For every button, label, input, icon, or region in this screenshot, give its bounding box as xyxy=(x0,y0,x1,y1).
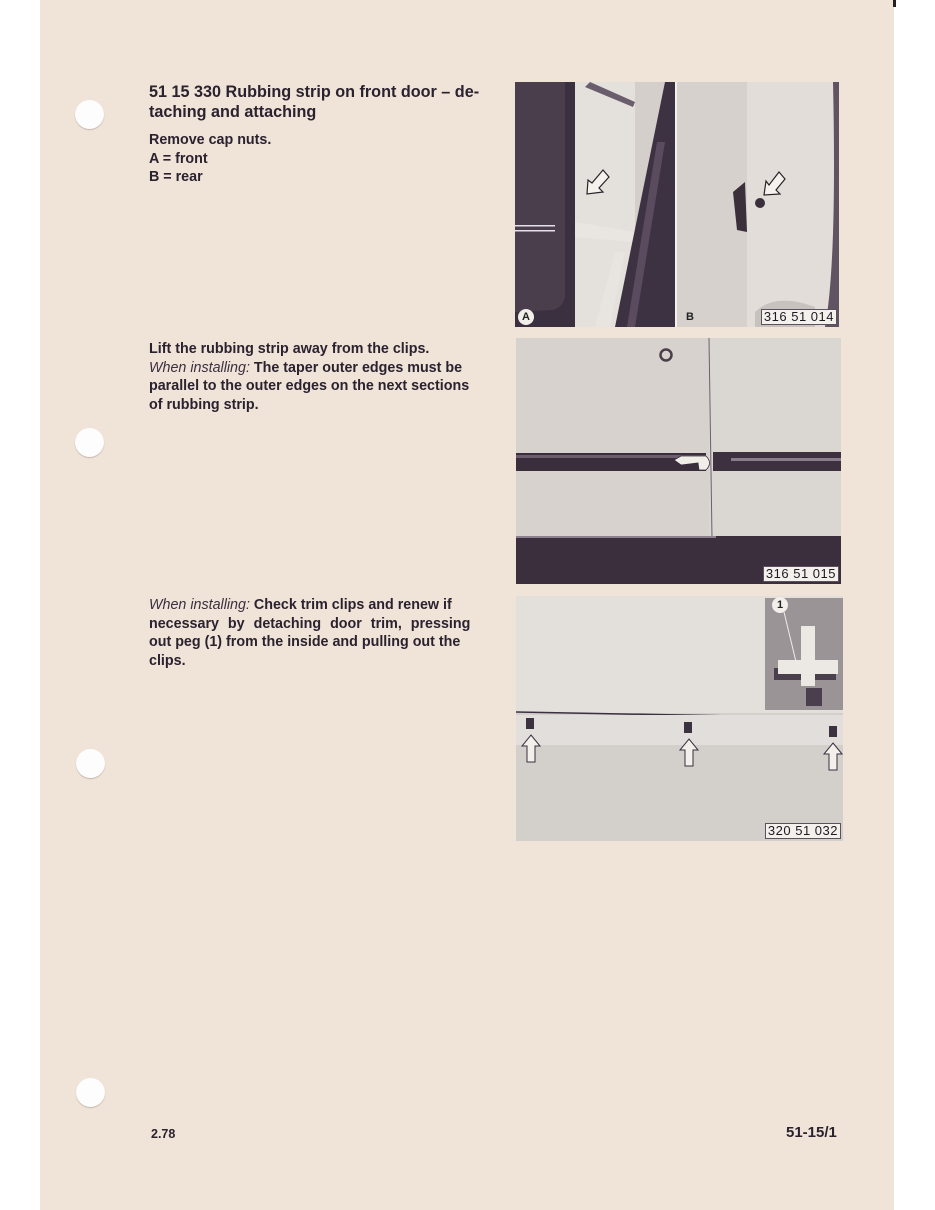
step-2-install-note-line: parallel to the outer edges on the next … xyxy=(149,377,503,396)
step-2-install-note: When installing: The taper outer edges m… xyxy=(149,359,503,378)
step-3-text: When installing: Check trim clips and re… xyxy=(149,596,503,670)
step-2-install-note-line: of rubbing strip. xyxy=(149,396,503,415)
step-3-install-note-line: out peg (1) from the inside and pulling … xyxy=(149,633,503,652)
figure-number: 316 51 014 xyxy=(761,309,837,325)
footer-page-number: 51-15/1 xyxy=(786,1124,837,1141)
step-3-install-note-line: necessary by detaching door trim, pressi… xyxy=(149,615,503,634)
photo-rubbing-strip xyxy=(516,338,841,584)
step-3-install-note-line: clips. xyxy=(149,652,503,671)
legend-b: B = rear xyxy=(149,168,501,187)
when-installing-label: When installing: xyxy=(149,360,250,376)
figure-label-b: B xyxy=(682,309,698,325)
section-title: 51 15 330 Rubbing strip on front door – … xyxy=(149,82,501,122)
figure-cap-nuts: A B 316 51 014 xyxy=(515,82,839,327)
figure-number: 316 51 015 xyxy=(763,566,839,582)
binder-hole xyxy=(76,1078,105,1107)
figure-label-a: A xyxy=(518,309,534,325)
step-2-text: Lift the rubbing strip away from the cli… xyxy=(149,340,503,414)
photo-door-cap-nuts xyxy=(515,82,839,327)
binder-hole xyxy=(75,100,104,129)
section-title-line-1: 51 15 330 Rubbing strip on front door – … xyxy=(149,82,501,102)
figure-trim-clips: 1 320 51 032 xyxy=(516,596,843,841)
footer-date: 2.78 xyxy=(151,1127,175,1141)
figure-rubbing-strip: 316 51 015 xyxy=(516,338,841,584)
step-3-install-note: When installing: Check trim clips and re… xyxy=(149,596,503,615)
when-installing-label: When installing: xyxy=(149,597,250,613)
scan-mark xyxy=(893,0,896,7)
photo-trim-clips xyxy=(516,596,843,841)
step-1-text: Remove cap nuts. A = front B = rear xyxy=(149,131,501,187)
section-title-line-2: taching and attaching xyxy=(149,102,501,122)
legend-a: A = front xyxy=(149,150,501,169)
binder-hole xyxy=(75,428,104,457)
figure-number: 320 51 032 xyxy=(765,823,841,839)
step-1-instruction: Remove cap nuts. xyxy=(149,131,501,150)
callout-peg-1: 1 xyxy=(772,597,788,613)
binder-hole xyxy=(76,749,105,778)
step-2-instruction: Lift the rubbing strip away from the cli… xyxy=(149,340,503,359)
